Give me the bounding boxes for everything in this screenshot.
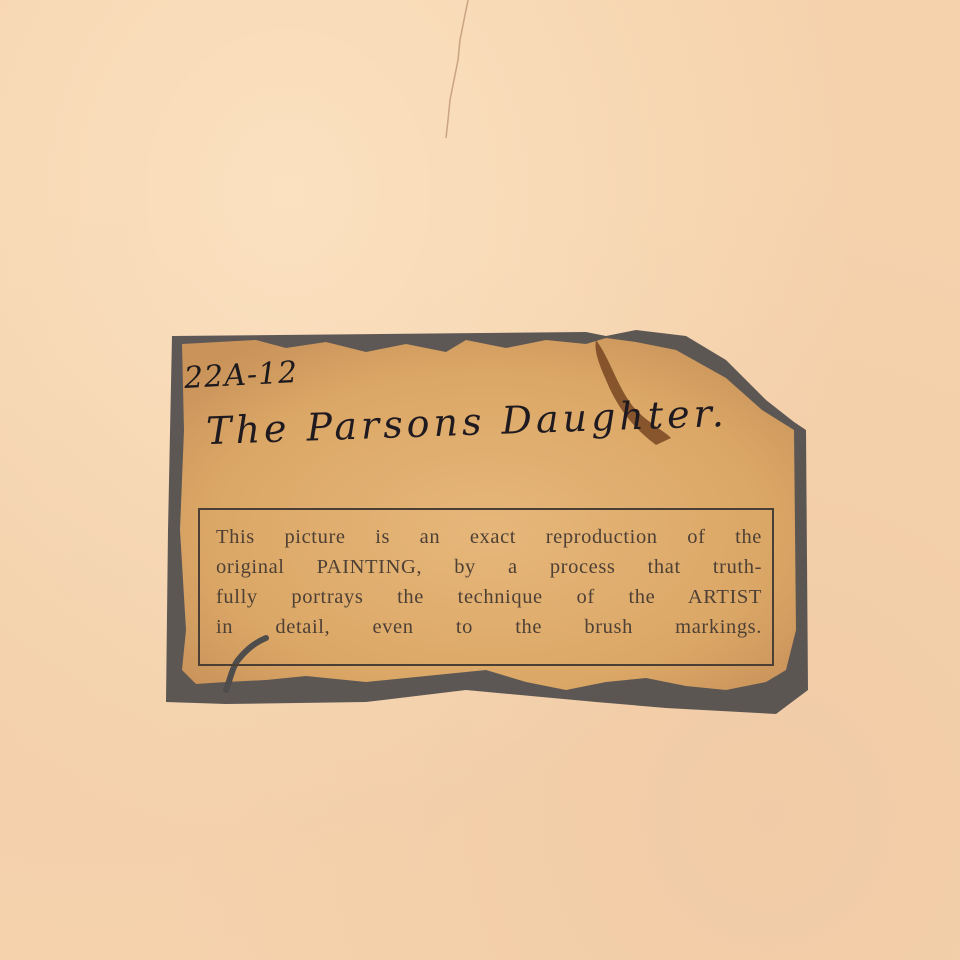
printed-notice-box: This picture is an exact reproduction of… <box>198 508 774 666</box>
catalog-number: 22A-12 <box>183 355 299 396</box>
notice-line: fully portrays the technique of the ARTI… <box>216 582 762 612</box>
notice-line: original PAINTING, by a process that tru… <box>216 552 762 582</box>
notice-line: in detail, even to the brush markings. <box>216 612 762 642</box>
notice-line: This picture is an exact reproduction of… <box>216 522 762 552</box>
printed-notice: This picture is an exact reproduction of… <box>216 522 762 642</box>
paper-label: 22A-12 The Parsons Daughter. This pictur… <box>166 330 810 716</box>
paper-crack <box>440 0 480 140</box>
